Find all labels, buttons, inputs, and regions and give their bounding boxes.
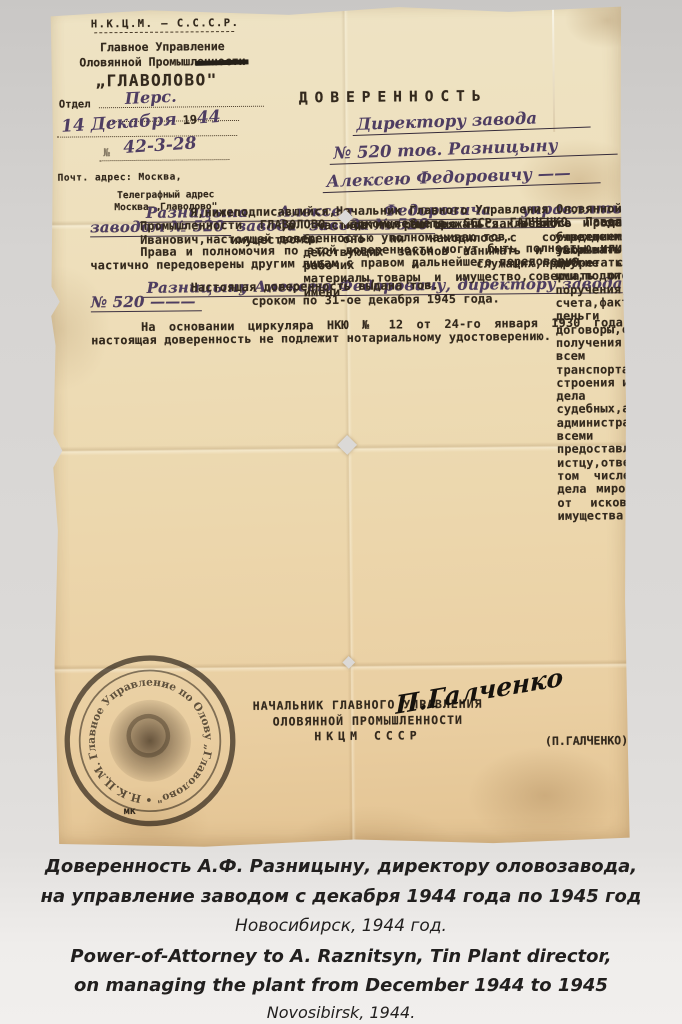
caption-ru-line2: на управление заводом с декабря 1944 год…: [0, 886, 682, 907]
number-handwritten: 42-3-28: [123, 133, 197, 157]
signature-title-line3: НКЦМ СССР: [228, 727, 508, 745]
caption-ru-line3: Новосибирск, 1944 год.: [0, 916, 682, 936]
dept-label: Отдел: [59, 98, 91, 110]
postal-address: Почт. адрес: Москва,: [58, 171, 182, 183]
caption-en-line3: Novosibirsk, 1944.: [0, 1003, 682, 1022]
addressee-line1: Директору завода: [352, 107, 591, 137]
date-printed-19: 19: [182, 112, 197, 127]
body-text: Я,нижеподписавшийся,Начальник Главного У…: [90, 202, 623, 347]
p1-typed-4: операции в кредитных учреждениях,открыва…: [555, 215, 682, 523]
paragraph-1: Я,нижеподписавшийся,Начальник Главного У…: [90, 202, 622, 236]
document-title: ДОВЕРЕННОСТЬ: [299, 89, 488, 107]
addressee-line2: № 520 тов. Разницыну: [329, 134, 618, 165]
addressee-line3: Алексею Федоровичу ——: [322, 162, 601, 193]
date-row: 14 Декабря 1944: [61, 107, 222, 137]
telegraph-address-line1: Телеграфный адрес: [76, 189, 256, 202]
paragraph-4: На основании циркуляра НКЮ № 12 от 24-го…: [91, 316, 623, 348]
p3-typed-2: сроком по 31-ое декабря 1945 года.: [202, 293, 500, 309]
date-handwritten: 14 Декабря: [61, 110, 178, 137]
caption-en-line1: Power-of-Attorney to A. Raznitsyn, Tin P…: [0, 946, 682, 967]
caption-en-line2: on managing the plant from December 1944…: [0, 975, 682, 996]
letterhead-org-top: Н.К.Ц.М. — С.С.С.Р.: [60, 17, 270, 31]
letterhead-org-line2: Оловянной Промышленности: [40, 54, 284, 70]
dept-handwritten: Перс.: [124, 87, 177, 108]
org-line2-struck: енности: [197, 54, 246, 68]
org-line2-text: Оловянной Промышл: [79, 54, 197, 69]
letterhead-rule: [94, 31, 234, 33]
dept-rule1: [99, 106, 264, 109]
document-photo: Н.К.Ц.М. — С.С.С.Р. Главное Управление О…: [46, 3, 632, 851]
museum-caption: Доверенность А.Ф. Разницыну, директору о…: [0, 848, 682, 1024]
museum-photo: Н.К.Ц.М. — С.С.С.Р. Главное Управление О…: [0, 0, 682, 1024]
addressee-block: Директору завода № 520 тов. Разницыну Ал…: [324, 105, 627, 193]
caption-ru-line1: Доверенность А.Ф. Разницыну, директору о…: [0, 856, 682, 877]
stamp-emblem: [98, 689, 202, 793]
number-label: №: [103, 146, 110, 159]
letterhead-org-line1: Главное Управление: [52, 39, 272, 55]
date-year-handwritten: 44: [196, 107, 221, 128]
signature-typed-name: (П.ГАЛЧЕНКО): [545, 733, 628, 748]
number-rule: [99, 159, 229, 161]
typist-initials: мк: [124, 806, 136, 817]
